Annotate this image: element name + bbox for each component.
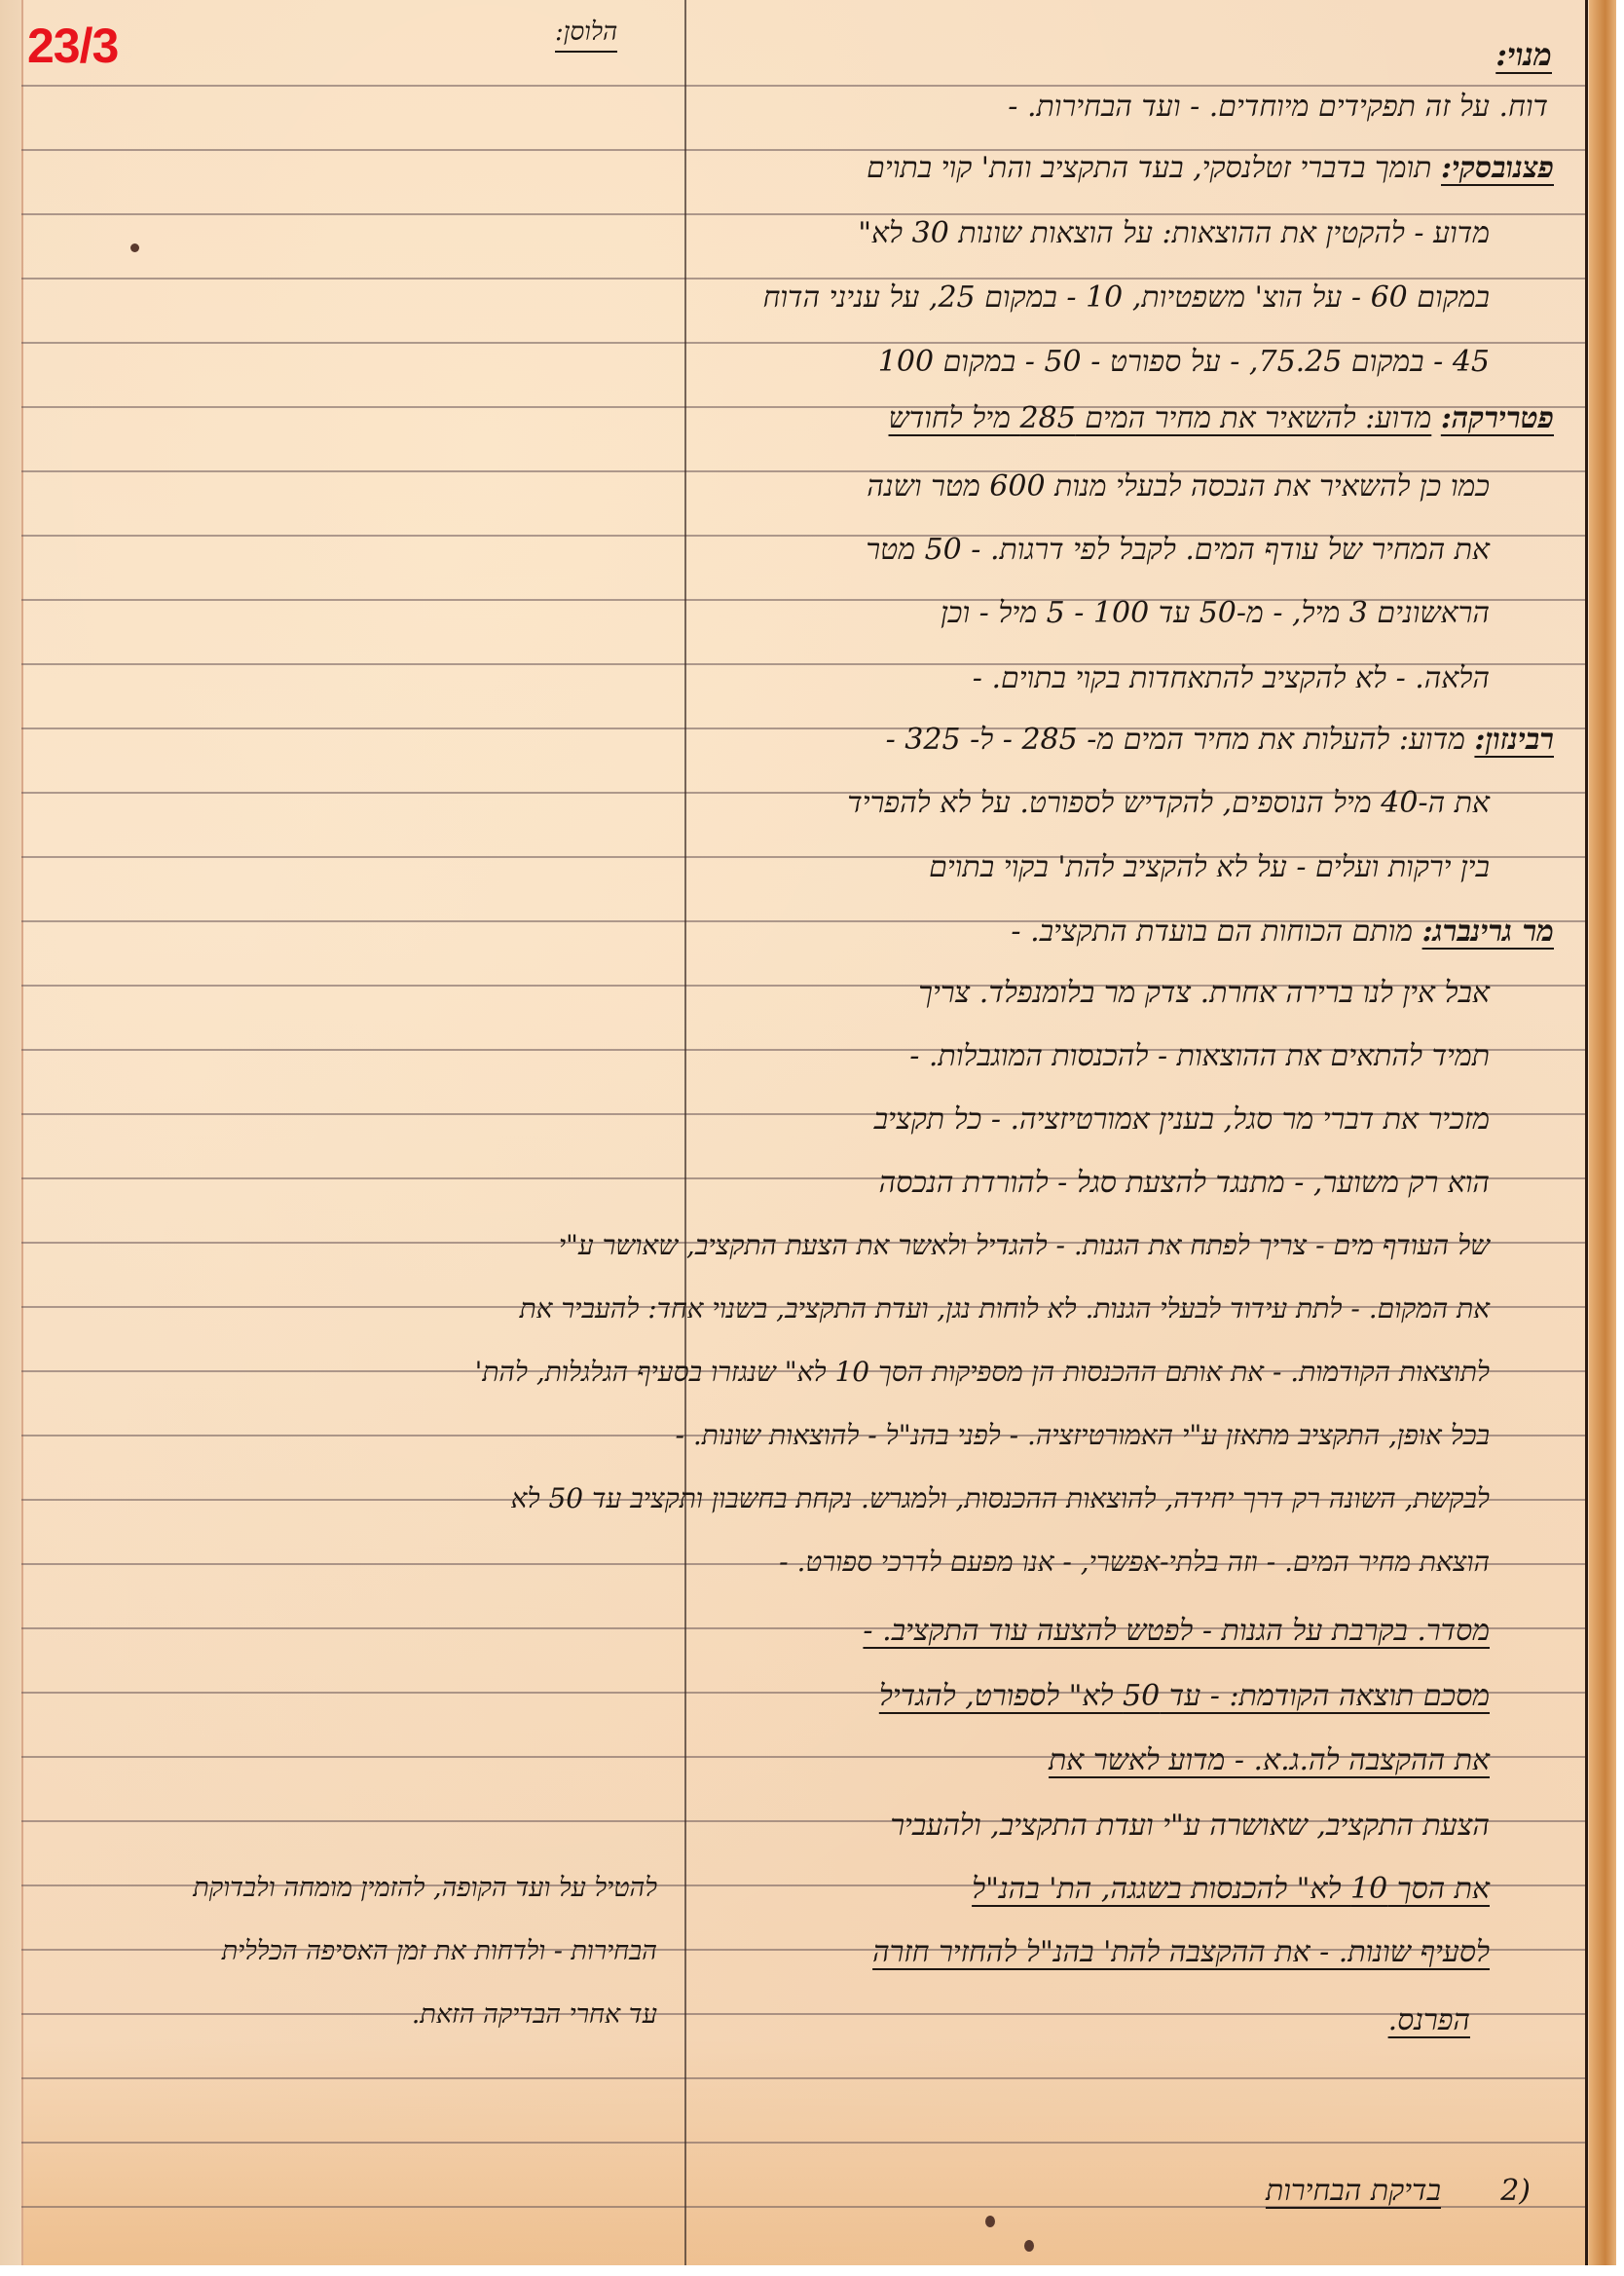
ruled-line — [21, 2142, 1585, 2144]
footer-label: בדיקת הבחירות — [1266, 2177, 1441, 2206]
line-text: את ה-40 מיל הנוספים, להקדיש לספורט. על ל… — [847, 786, 1490, 820]
handwritten-line: מסדר. בקרבת על הגנות - לפטש להצעה עוד הת… — [863, 1617, 1490, 1646]
handwritten-line: הראשונים 3 מיל, - מ-50 עד 100 - 5 מיל - … — [941, 599, 1490, 628]
line-text: לתוצאות הקודמות. - את אותם ההכנסות הן מס… — [475, 1356, 1490, 1388]
line-text: של העודף מים - צריך לפתח את הגנות. - להג… — [559, 1229, 1490, 1261]
handwritten-line: רבינזון: מדוע: להעלות את מחיר המים מ- 28… — [886, 726, 1554, 755]
speaker-name: פצנובסקי: — [1441, 151, 1554, 185]
page-edge-stain — [1589, 0, 1616, 2265]
line-text: את הסך 10 לא" להכנסות בשגגה, הת' בהנ"ל — [972, 1872, 1490, 1906]
margin-note: עד אחרי הבדיקה הזאת. — [412, 2001, 657, 2028]
main-heading: מנוי: — [1495, 39, 1552, 70]
margin-note: להטיל על ועד הקופה, להזמין מומחה ולבדוקת — [193, 1875, 657, 1901]
ruled-line — [21, 2077, 1585, 2079]
handwritten-line: לתוצאות הקודמות. - את אותם ההכנסות הן מס… — [475, 1359, 1490, 1386]
line-text: הראשונים 3 מיל, - מ-50 עד 100 - 5 מיל - … — [941, 596, 1490, 630]
handwritten-line: הפרנס. — [1388, 2006, 1470, 2035]
handwritten-line: מדוע - להקטין את ההוצאות: על הוצאות שונו… — [858, 219, 1490, 248]
handwritten-line: מזכיר את דברי מר סגל, בענין אמורטיזציה. … — [874, 1105, 1490, 1135]
handwritten-line: את המחיר של עודף המים. לקבל לפי דרגות. -… — [866, 536, 1490, 565]
line-text: הוצאת מחיר המים. - וזה בלתי-אפשרי, - אנו… — [779, 1546, 1490, 1578]
handwritten-line: הצעת התקציב, שאושרה ע"י ועדת התקציב, ולה… — [890, 1811, 1490, 1841]
line-text: מדוע - להקטין את ההוצאות: על הוצאות שונו… — [858, 216, 1490, 250]
handwritten-line: הלאה. - לא להקציב להתאחדות בקוי בתוים. - — [973, 664, 1490, 693]
handwritten-line: את הסך 10 לא" להכנסות בשגגה, הת' בהנ"ל — [972, 1875, 1490, 1904]
handwritten-line: כמו כן להשאיר את הנכסה לבעלי מנות 600 מט… — [867, 472, 1490, 502]
ink-speck — [985, 2216, 995, 2227]
margin-note: הבחירות - ולדחות את זמן האסיפה הכללית — [222, 1938, 657, 1964]
handwritten-line: את המקום. - לתת עידוד לבעלי הגנות. לא לו… — [520, 1295, 1490, 1323]
line-text: מסדר. בקרבת על הגנות - לפטש להצעה עוד הת… — [863, 1614, 1490, 1648]
line-text: 45 - במקום 75.25, - על ספורט - 50 - במקו… — [878, 345, 1490, 379]
handwritten-line: אבל אין לנו ברירה אחרת. צדק מר בלומנפלד.… — [918, 979, 1490, 1008]
speaker-name: מר גרינברג: — [1422, 914, 1554, 949]
line-text: את ההקצבה לה.ג.א. - מדוע לאשר את — [1049, 1743, 1490, 1777]
ruled-line — [21, 278, 1585, 280]
margin-rule — [684, 0, 686, 2265]
handwritten-line: את ההקצבה לה.ג.א. - מדוע לאשר את — [1049, 1746, 1490, 1775]
handwritten-line: תמיד להתאים את ההוצאות - להכנסות המוגבלו… — [909, 1042, 1490, 1071]
line-text: כמו כן להשאיר את הנכסה לבעלי מנות 600 מט… — [867, 469, 1490, 504]
handwritten-line: פטרירקה: מדוע: להשאיר את מחיר המים 285 מ… — [889, 404, 1555, 433]
line-text: הצעת התקציב, שאושרה ע"י ועדת התקציב, ולה… — [890, 1809, 1490, 1843]
line-text: במקום 60 - על הוצ' משפטיות, 10 - במקום 2… — [763, 280, 1490, 315]
line-text: מותם הכוחות הם בועדת התקציב. - — [1011, 914, 1413, 949]
handwritten-line: מסכם תוצאה הקודמת: - עד 50 לא" לספורט, ל… — [879, 1682, 1490, 1711]
footer-number: 2) — [1500, 2177, 1531, 2206]
line-text: אבל אין לנו ברירה אחרת. צדק מר בלומנפלד.… — [918, 976, 1490, 1010]
handwritten-line: במקום 60 - על הוצ' משפטיות, 10 - במקום 2… — [763, 283, 1490, 313]
line-text: מדוע: להשאיר את מחיר המים 285 מיל לחודש — [889, 401, 1432, 435]
line-text: הפרנס. — [1388, 2003, 1470, 2037]
speaker-name: רבינזון: — [1474, 723, 1554, 757]
ink-speck — [130, 243, 139, 252]
handwritten-line: מר גרינברג: מותם הכוחות הם בועדת התקציב.… — [1011, 917, 1554, 947]
ink-speck — [1024, 2240, 1034, 2252]
ruled-line — [21, 85, 1585, 87]
handwritten-line: דוח. על זה תפקידים מיוחדים. - ועד הבחירו… — [1008, 93, 1548, 122]
ruled-line — [21, 2013, 1585, 2015]
notebook-page: 23/3 הלוסן: מנוי: דוח. על זה תפקידים מיו… — [0, 0, 1616, 2265]
line-text: תומך בדברי זטלנסקי, בעד התקציב והת' קוי … — [867, 151, 1431, 185]
line-text: בכל אופן, התקציב מתאזן ע"י האמורטיזציה. … — [675, 1419, 1490, 1451]
handwritten-line: לבקשת, השונה רק דרך יחידה, להוצאות ההכנס… — [511, 1485, 1490, 1512]
line-text: מדוע: להעלות את מחיר המים מ- 285 - ל- 32… — [886, 723, 1465, 757]
line-text: מסכם תוצאה הקודמת: - עד 50 לא" לספורט, ל… — [879, 1679, 1490, 1713]
ruled-line — [21, 342, 1585, 344]
speaker-name: פטרירקה: — [1441, 401, 1554, 435]
handwritten-line: של העודף מים - צריך לפתח את הגנות. - להג… — [559, 1232, 1490, 1259]
page-binding-edge — [0, 0, 23, 2265]
line-text: הלאה. - לא להקציב להתאחדות בקוי בתוים. - — [973, 661, 1490, 695]
line-text: את המקום. - לתת עידוד לבעלי הגנות. לא לו… — [520, 1292, 1490, 1325]
ruled-line — [21, 213, 1585, 215]
handwritten-line: בכל אופן, התקציב מתאזן ע"י האמורטיזציה. … — [675, 1422, 1490, 1449]
handwritten-line: הוא רק משוער, - מתנגד להצעת סגל - להורדת… — [879, 1169, 1490, 1198]
page-border-right — [1585, 0, 1588, 2265]
handwritten-line: הוצאת מחיר המים. - וזה בלתי-אפשרי, - אנו… — [779, 1548, 1490, 1576]
handwritten-line: בין ירקות ועלים - על לא להקציב להת' בקוי… — [929, 853, 1490, 882]
line-text: את המחיר של עודף המים. לקבל לפי דרגות. -… — [866, 533, 1490, 567]
line-text: בין ירקות ועלים - על לא להקציב להת' בקוי… — [929, 850, 1490, 884]
handwritten-line: 45 - במקום 75.25, - על ספורט - 50 - במקו… — [878, 348, 1490, 377]
line-text: לבקשת, השונה רק דרך יחידה, להוצאות ההכנס… — [511, 1482, 1490, 1514]
handwritten-line: פצנובסקי: תומך בדברי זטלנסקי, בעד התקציב… — [867, 154, 1554, 183]
line-text: לסעיף שונות. - את ההקצבה להת' בהנ"ל להחז… — [872, 1935, 1490, 1969]
page-number-stamp: 23/3 — [27, 18, 118, 74]
line-text: דוח. על זה תפקידים מיוחדים. - ועד הבחירו… — [1008, 90, 1548, 124]
margin-column-heading: הלוסן: — [555, 18, 617, 53]
handwritten-line: את ה-40 מיל הנוספים, להקדיש לספורט. על ל… — [847, 789, 1490, 818]
handwritten-line: לסעיף שונות. - את ההקצבה להת' בהנ"ל להחז… — [872, 1938, 1490, 1967]
line-text: מזכיר את דברי מר סגל, בענין אמורטיזציה. … — [874, 1102, 1490, 1137]
line-text: הוא רק משוער, - מתנגד להצעת סגל - להורדת… — [879, 1166, 1490, 1200]
line-text: תמיד להתאים את ההוצאות - להכנסות המוגבלו… — [909, 1039, 1490, 1073]
